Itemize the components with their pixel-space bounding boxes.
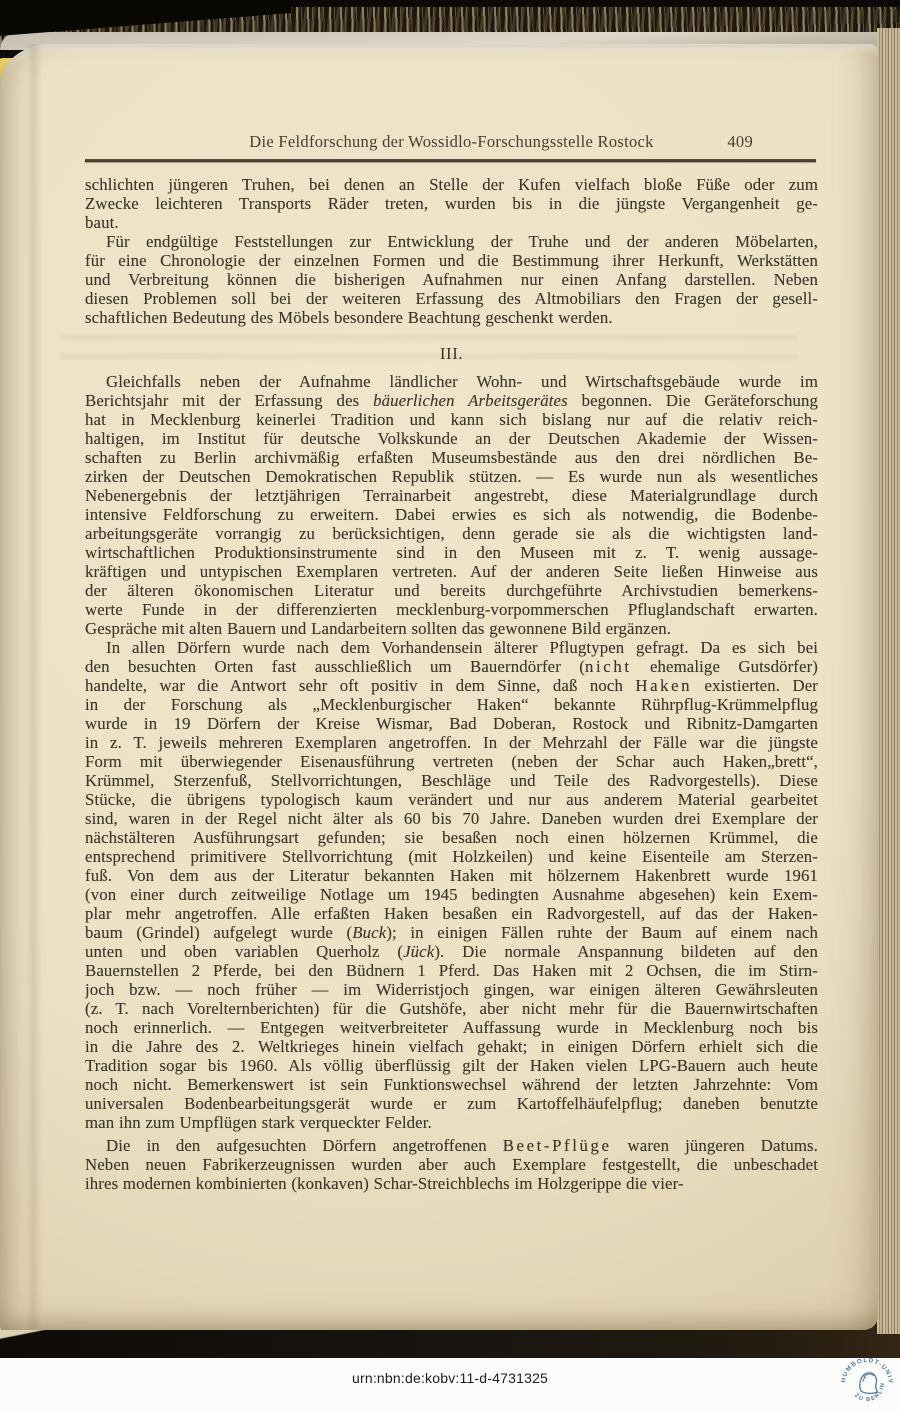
text-line: intensive Feldforschung zu erweitern. Da… bbox=[85, 505, 818, 524]
university-stamp-icon: HUMBOLDT-UNIVERSITÄT ZU BERLIN bbox=[839, 1355, 895, 1411]
text-line: und Verbreitung können die bisherigen Au… bbox=[85, 270, 818, 289]
text-line: ihres modernen kombinierten (konkaven) S… bbox=[85, 1174, 818, 1193]
text-line: schaften zu Berlin archivmäßig erfaßten … bbox=[85, 448, 818, 467]
text-line: man ihn zum Umpflügen stark verqueckter … bbox=[85, 1113, 818, 1132]
urn-label: urn:nbn:de:kobv:11-d-4731325 bbox=[352, 1370, 548, 1386]
text-line: schlichten jüngeren Truhen, bei denen an… bbox=[85, 175, 818, 194]
text-line: entsprechend primitivere Stellvorrichtun… bbox=[85, 847, 818, 866]
text-line: In allen Dörfern wurde nach dem Vorhande… bbox=[85, 638, 818, 657]
text-line: Nebenergebnis der letztjährigen Terraina… bbox=[85, 486, 818, 505]
book-page: Die Feldforschung der Wossidlo-Forschung… bbox=[0, 44, 878, 1330]
text-line: handelte, war die Antwort sehr oft posit… bbox=[85, 676, 818, 695]
svg-text:ZU BERLIN: ZU BERLIN bbox=[853, 1382, 886, 1404]
text-line: joch bzw. — noch früher — im Widerristjo… bbox=[85, 980, 818, 999]
text-line: Neben neuen Fabrikerzeugnissen wurden ab… bbox=[85, 1155, 818, 1174]
text-line: sind, waren in der Regel nicht älter als… bbox=[85, 809, 818, 828]
head-rule bbox=[85, 159, 816, 162]
text-line: den besuchten Orten fast ausschließlich … bbox=[85, 657, 818, 676]
stamp-arc-bottom-text: ZU BERLIN bbox=[853, 1382, 886, 1404]
text-line: universalen Bodenbearbeitungsgerät wurde… bbox=[85, 1094, 818, 1113]
scan-footer: urn:nbn:de:kobv:11-d-4731325 bbox=[0, 1358, 900, 1411]
text-line: baum (Grindel) aufgelegt wurde (Buck); i… bbox=[85, 923, 818, 942]
text-line: diesen Problemen soll bei der weiteren E… bbox=[85, 289, 818, 308]
text-line: wurde in 19 Dörfern der Kreise Wismar, B… bbox=[85, 714, 818, 733]
text-line: Bauernstellen 2 Pferde, bei den Büdnern … bbox=[85, 961, 818, 980]
text-line: für eine Chronologie der einzelnen Forme… bbox=[85, 251, 818, 270]
svg-text:HUMBOLDT-UNIVERSITÄT: HUMBOLDT-UNIVERSITÄT bbox=[839, 1355, 894, 1385]
stamp-arc-top-text: HUMBOLDT-UNIVERSITÄT bbox=[839, 1355, 894, 1385]
paragraph: Die in den aufgesuchten Dörfern angetrof… bbox=[85, 1136, 818, 1193]
text-line: zirken der Deutschen Demokratischen Repu… bbox=[85, 467, 818, 486]
book-photo: Die Feldforschung der Wossidlo-Forschung… bbox=[0, 0, 900, 1358]
text-block: schlichten jüngeren Truhen, bei denen an… bbox=[85, 175, 818, 1193]
text-line: arbeitungsgeräte vorrangig zu berücksich… bbox=[85, 524, 818, 543]
text-line: schaftlichen Bedeutung des Möbels besond… bbox=[85, 308, 818, 327]
text-line: Krümmel, Sterzenfuß, Stellvorrichtungen,… bbox=[85, 771, 818, 790]
text-line: plar mehr angetroffen. Alle erfaßten Hak… bbox=[85, 904, 818, 923]
text-line: Die in den aufgesuchten Dörfern angetrof… bbox=[85, 1136, 818, 1155]
text-line: in der Forschung als „Mecklenburgischer … bbox=[85, 695, 818, 714]
text-line: in z. T. jeweils mehreren Exemplaren ang… bbox=[85, 733, 818, 752]
text-line: kräftigen und untypischen Exemplaren ver… bbox=[85, 562, 818, 581]
page-number: 409 bbox=[727, 132, 753, 152]
running-head-title: Die Feldforschung der Wossidlo-Forschung… bbox=[249, 132, 653, 151]
text-line: noch nicht. Bemerkenswert ist sein Funkt… bbox=[85, 1075, 818, 1094]
text-line: Gespräche mit alten Bauern und Landarbei… bbox=[85, 619, 818, 638]
text-line: Tradition sogar bis 1960. Als völlig übe… bbox=[85, 1056, 818, 1075]
text-line: Berichtsjahr mit der Erfassung des bäuer… bbox=[85, 391, 818, 410]
text-line: noch erinnerlich. — Entgegen weitverbrei… bbox=[85, 1018, 818, 1037]
text-line: baut. bbox=[85, 213, 818, 232]
paragraph: Für endgültige Feststellungen zur Entwic… bbox=[85, 232, 818, 327]
text-line: haltigen, im Institut für deutsche Volks… bbox=[85, 429, 818, 448]
stamp-portrait bbox=[860, 1373, 878, 1394]
text-line: Form mit überwiegender Eisenausführung v… bbox=[85, 752, 818, 771]
text-line: fuß. Von dem aus der Literatur bekannten… bbox=[85, 866, 818, 885]
section-heading: III. bbox=[85, 344, 818, 363]
text-line: (z. T. nach Vorelternberichten) für die … bbox=[85, 999, 818, 1018]
book-fore-edge bbox=[877, 28, 900, 1334]
paragraph: Gleichfalls neben der Aufnahme ländliche… bbox=[85, 372, 818, 638]
text-line: der älteren ökonomischen Literatur und b… bbox=[85, 581, 818, 600]
text-line: Für endgültige Feststellungen zur Entwic… bbox=[85, 232, 818, 251]
text-line: werte Funde in der differenzierten meckl… bbox=[85, 600, 818, 619]
text-line: hat in Mecklenburg keinerlei Tradition u… bbox=[85, 410, 818, 429]
scanned-book-page: Die Feldforschung der Wossidlo-Forschung… bbox=[0, 0, 900, 1411]
text-line: unten und oben variablen Querholz (Jück)… bbox=[85, 942, 818, 961]
text-line: (von einer durch zeitweilige Notlage um … bbox=[85, 885, 818, 904]
paragraph: In allen Dörfern wurde nach dem Vorhande… bbox=[85, 638, 818, 1132]
text-line: nächstälteren Ausführungsart gefunden; s… bbox=[85, 828, 818, 847]
text-line: wirtschaftlichen Produktionsinstrumente … bbox=[85, 543, 818, 562]
text-line: Gleichfalls neben der Aufnahme ländliche… bbox=[85, 372, 818, 391]
text-line: Zwecke leichteren Transports Räder trete… bbox=[85, 194, 818, 213]
running-head: Die Feldforschung der Wossidlo-Forschung… bbox=[85, 132, 818, 152]
text-line: Stücke, die übrigens typologisch kaum ve… bbox=[85, 790, 818, 809]
text-line: in die Jahre des 2. Weltkrieges hinein v… bbox=[85, 1037, 818, 1056]
paragraph: schlichten jüngeren Truhen, bei denen an… bbox=[85, 175, 818, 232]
